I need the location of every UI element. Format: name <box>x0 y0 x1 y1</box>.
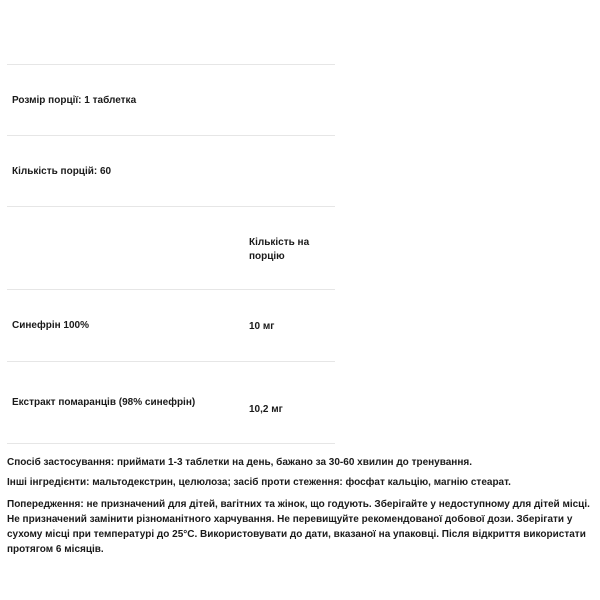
servings-count: Кількість порцій: 60 <box>12 166 111 177</box>
ingredient-name: Екстракт помаранців (98% синефрін) <box>12 397 195 408</box>
table-row: Екстракт помаранців (98% синефрін) 10,2 … <box>7 361 335 444</box>
serving-size: Розмір порції: 1 таблетка <box>12 95 136 106</box>
warning-text: Попередження: не призначений для дітей, … <box>7 497 595 557</box>
table-header-row: Кількість на порцію <box>7 206 335 289</box>
amount-per-serving-header: Кількість на порцію <box>249 236 329 264</box>
servings-count-row: Кількість порцій: 60 <box>7 135 335 206</box>
usage-text: Спосіб застосування: приймати 1-3 таблет… <box>7 455 595 470</box>
ingredient-name: Синефрін 100% <box>12 320 89 331</box>
serving-size-row: Розмір порції: 1 таблетка <box>7 64 335 135</box>
other-ingredients-text: Інші інгредієнти: мальтодекстрин, целюло… <box>7 475 595 490</box>
supplement-facts-table: Розмір порції: 1 таблетка Кількість порц… <box>7 64 335 444</box>
table-row: Синефрін 100% 10 мг <box>7 289 335 361</box>
ingredient-amount: 10,2 мг <box>249 403 329 417</box>
ingredient-amount: 10 мг <box>249 320 329 334</box>
